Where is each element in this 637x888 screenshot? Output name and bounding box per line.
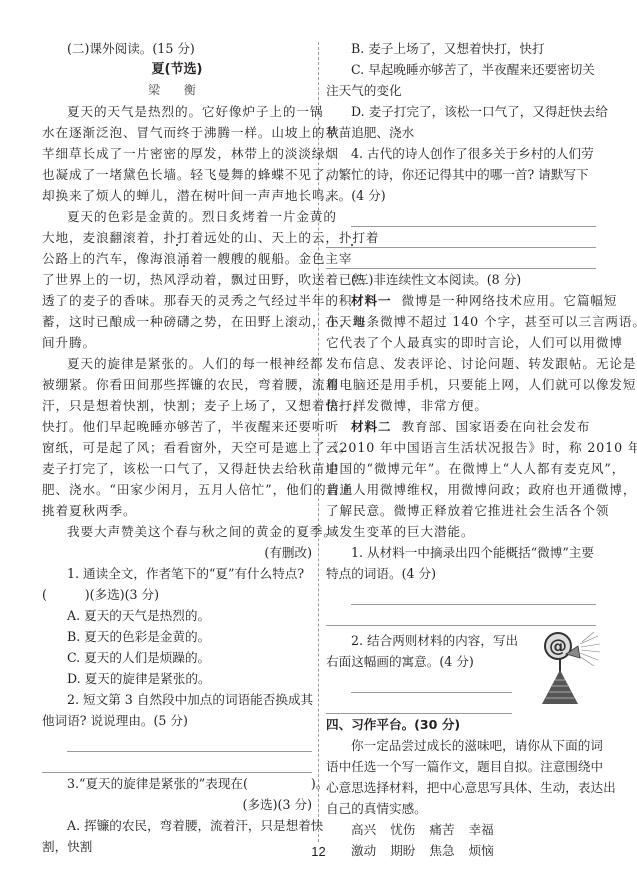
option-c: C. 夏天的人们是烦躁的。 — [42, 647, 312, 668]
option-b: B. 夏天的色彩是金黄的。 — [42, 626, 312, 647]
option-c: C. 早起晚睡亦够苦了，半夜醒来还要密切关 — [326, 59, 596, 80]
article-author: 梁 衡 — [42, 80, 312, 101]
question-4: 4. 古代的诗人创作了很多关于乡村的人们劳 动繁忙的诗，你还记得其中的哪一首? … — [326, 143, 596, 269]
option-b: B. 麦子上场了，又想着快打，快打 — [326, 38, 596, 59]
question-2: 2. 短文第 3 自然段中加点的词语能否换成其 他词语? 说说理由。(5 分) — [42, 689, 312, 773]
left-column: (二)课外阅读。(15 分) 夏(节选) 梁 衡 夏天的天气是热烈的。它好像炉子… — [42, 38, 312, 857]
emphasized-word: 涌 — [177, 251, 191, 266]
section-heading-extracurricular-reading: (二)课外阅读。(15 分) — [42, 38, 312, 59]
answer-line[interactable] — [67, 731, 312, 752]
svg-text:@: @ — [549, 636, 567, 657]
word-choice: 幸福 — [469, 819, 494, 840]
at-sign-megaphone-illustration: @ — [536, 630, 604, 706]
word-choice: 忧伤 — [390, 819, 415, 840]
answer-line[interactable] — [326, 693, 512, 714]
answer-bracket[interactable]: ( )(多选)(3 分) — [42, 584, 312, 605]
answer-line[interactable] — [326, 248, 596, 269]
question-3-continued: B. 麦子上场了，又想着快打，快打 C. 早起晚睡亦够苦了，半夜醒来还要密切关 … — [326, 38, 596, 143]
option-d: D. 麦子打完了，该松一口气了，又得赶快去给 — [326, 101, 596, 122]
material-label: 材料二 — [351, 419, 391, 434]
right-column: B. 麦子上场了，又想着快打，快打 C. 早起晚睡亦够苦了，半夜醒来还要密切关 … — [326, 38, 596, 861]
answer-line[interactable] — [326, 605, 596, 626]
option-a: A. 挥镰的农民，弯着腰，流着汗，只是想着快 — [42, 815, 312, 836]
word-choice: 痛苦 — [429, 819, 454, 840]
option-d: D. 夏天的旋律是紧张的。 — [42, 668, 312, 689]
answer-line[interactable] — [42, 752, 312, 773]
section-3-question-2: 2. 结合两则材料的内容，写出 右面这幅画的寓意。(4 分) @ — [326, 630, 596, 714]
section-3-question-1: 1. 从材料一中摘录出四个能概括“微博”主要 特点的词语。(4 分) — [326, 542, 596, 626]
option-a: A. 夏天的天气是热烈的。 — [42, 605, 312, 626]
material-2: 材料二教育部、国家语委在向社会发布 《2010 年中国语言生活状况报告》时，称 … — [326, 416, 596, 542]
answer-line[interactable] — [351, 584, 596, 605]
section-heading: 四、习作平台。(30 分) — [326, 714, 596, 735]
word-choice: 高兴 — [351, 819, 376, 840]
article-title: 夏(节选) — [42, 59, 312, 80]
section-4-writing-platform: 四、习作平台。(30 分) 你一定品尝过成长的滋味吧，请你从下面的词 语中任选一… — [326, 714, 596, 861]
article-paragraph-2: 夏天的色彩是金黄的。烈日炙烤着一片金黄的 大地，麦浪翻滚着，扑打着远处的山、天上… — [42, 206, 312, 353]
answer-line[interactable] — [351, 672, 512, 693]
article-paragraph-4: 我要大声赞美这个春与秋之间的黄金的夏季。 — [42, 521, 312, 542]
emphasized-word: 扑打 — [163, 230, 190, 245]
article-paragraph-1: 夏天的天气是热烈的。它好像炉子上的一锅 水在逐渐泛泡、冒气而终于沸腾一样。山坡上… — [42, 101, 312, 206]
page-number: 12 — [0, 844, 637, 859]
article-paragraph-3: 夏天的旋律是紧张的。人们的每一根神经都 被绷紧。你看田间那些挥镰的农民，弯着腰，… — [42, 353, 312, 521]
answer-line[interactable] — [351, 206, 596, 227]
material-1: 材料一微博是一种网络技术应用。它篇幅短 小，每条微博不超过 140 个字，甚至可… — [326, 290, 596, 416]
answer-line[interactable] — [326, 227, 596, 248]
material-label: 材料一 — [351, 293, 391, 308]
section-heading: (三)非连续性文本阅读。(8 分) — [326, 269, 596, 290]
question-1: 1. 通读全文，作者笔下的“夏”有什么特点? ( )(多选)(3 分) A. 夏… — [42, 563, 312, 689]
section-3-non-continuous-reading: (三)非连续性文本阅读。(8 分) 材料一微博是一种网络技术应用。它篇幅短 小，… — [326, 269, 596, 714]
edited-note: (有删改) — [42, 542, 312, 563]
word-choices-row-1: 高兴忧伤痛苦幸福 — [326, 819, 596, 840]
